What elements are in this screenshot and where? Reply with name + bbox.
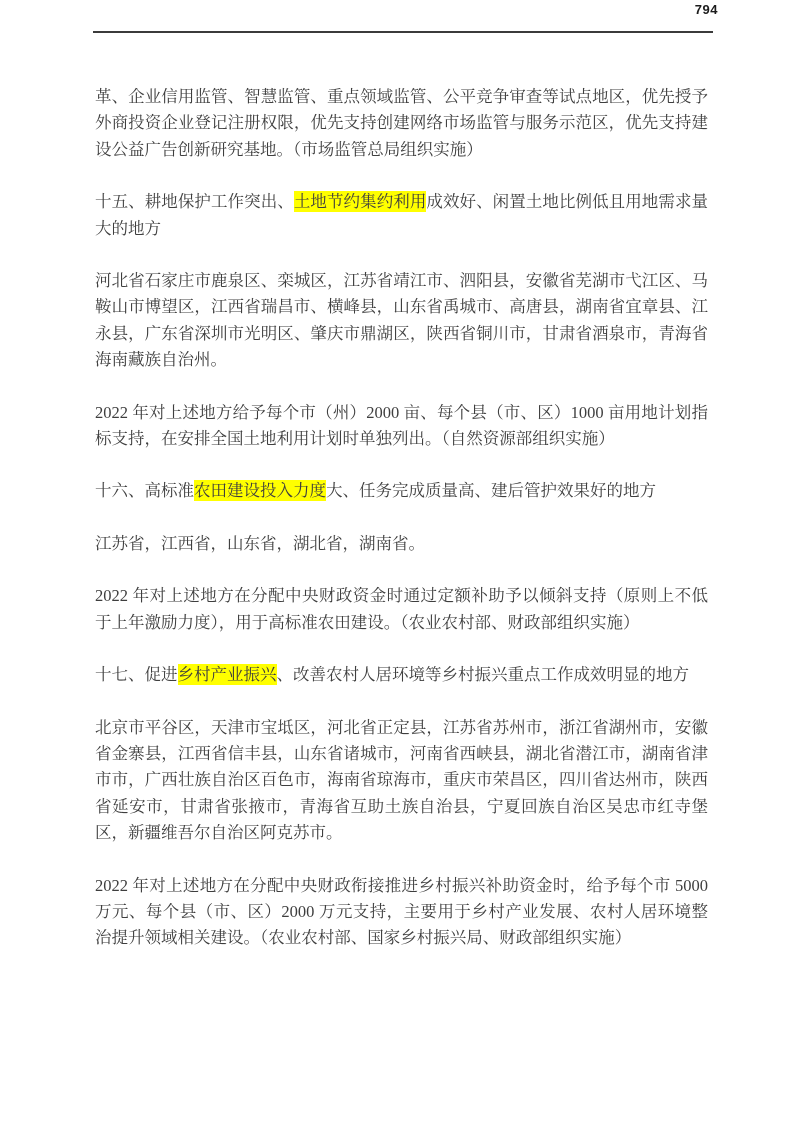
paragraph: 2022 年对上述地方在分配中央财政资金时通过定额补助予以倾斜支持（原则上不低于…: [95, 583, 708, 636]
text-segment: 、改善农村人居环境等乡村振兴重点工作成效明显的地方: [277, 665, 690, 684]
text-segment: 江苏省，江西省，山东省，湖北省，湖南省。: [95, 534, 425, 553]
text-segment: 十五、耕地保护工作突出、: [95, 192, 294, 211]
text-segment: 河北省石家庄市鹿泉区、栾城区，江苏省靖江市、泗阳县，安徽省芜湖市弋江区、马鞍山市…: [95, 271, 708, 369]
paragraph: 2022 年对上述地方在分配中央财政衔接推进乡村振兴补助资金时，给予每个市 50…: [95, 873, 708, 952]
text-segment: 大、任务完成质量高、建后管护效果好的地方: [326, 481, 656, 500]
text-segment: 2022 年对上述地方在分配中央财政衔接推进乡村振兴补助资金时，给予每个市 50…: [95, 876, 708, 948]
text-segment: 十六、高标准: [95, 481, 194, 500]
paragraph: 河北省石家庄市鹿泉区、栾城区，江苏省靖江市、泗阳县，安徽省芜湖市弋江区、马鞍山市…: [95, 268, 708, 374]
document-page: 794 革、企业信用监管、智慧监管、重点领域监管、公平竞争审查等试点地区，优先授…: [0, 0, 793, 1122]
text-segment: 2022 年对上述地方给予每个市（州）2000 亩、每个县（市、区）1000 亩…: [95, 403, 708, 448]
highlighted-text: 农田建设投入力度: [194, 480, 326, 501]
text-segment: 北京市平谷区，天津市宝坻区，河北省正定县，江苏省苏州市，浙江省湖州市，安徽省金寨…: [95, 718, 708, 843]
paragraph: 江苏省，江西省，山东省，湖北省，湖南省。: [95, 531, 708, 557]
document-content: 革、企业信用监管、智慧监管、重点领域监管、公平竞争审查等试点地区，优先授予外商投…: [95, 84, 708, 952]
text-segment: 革、企业信用监管、智慧监管、重点领域监管、公平竞争审查等试点地区，优先授予外商投…: [95, 87, 708, 159]
paragraph: 2022 年对上述地方给予每个市（州）2000 亩、每个县（市、区）1000 亩…: [95, 400, 708, 453]
header-rule: [93, 31, 713, 33]
section-heading: 十五、耕地保护工作突出、土地节约集约利用成效好、闲置土地比例低且用地需求量大的地…: [95, 189, 708, 242]
highlighted-text: 土地节约集约利用: [294, 191, 427, 212]
paragraph: 北京市平谷区，天津市宝坻区，河北省正定县，江苏省苏州市，浙江省湖州市，安徽省金寨…: [95, 715, 708, 847]
section-heading: 十六、高标准农田建设投入力度大、任务完成质量高、建后管护效果好的地方: [95, 478, 708, 504]
page-number: 794: [695, 2, 718, 17]
text-segment: 十七、促进: [95, 665, 178, 684]
section-heading: 十七、促进乡村产业振兴、改善农村人居环境等乡村振兴重点工作成效明显的地方: [95, 662, 708, 688]
text-segment: 2022 年对上述地方在分配中央财政资金时通过定额补助予以倾斜支持（原则上不低于…: [95, 586, 708, 631]
highlighted-text: 乡村产业振兴: [178, 664, 277, 685]
paragraph: 革、企业信用监管、智慧监管、重点领域监管、公平竞争审查等试点地区，优先授予外商投…: [95, 84, 708, 163]
